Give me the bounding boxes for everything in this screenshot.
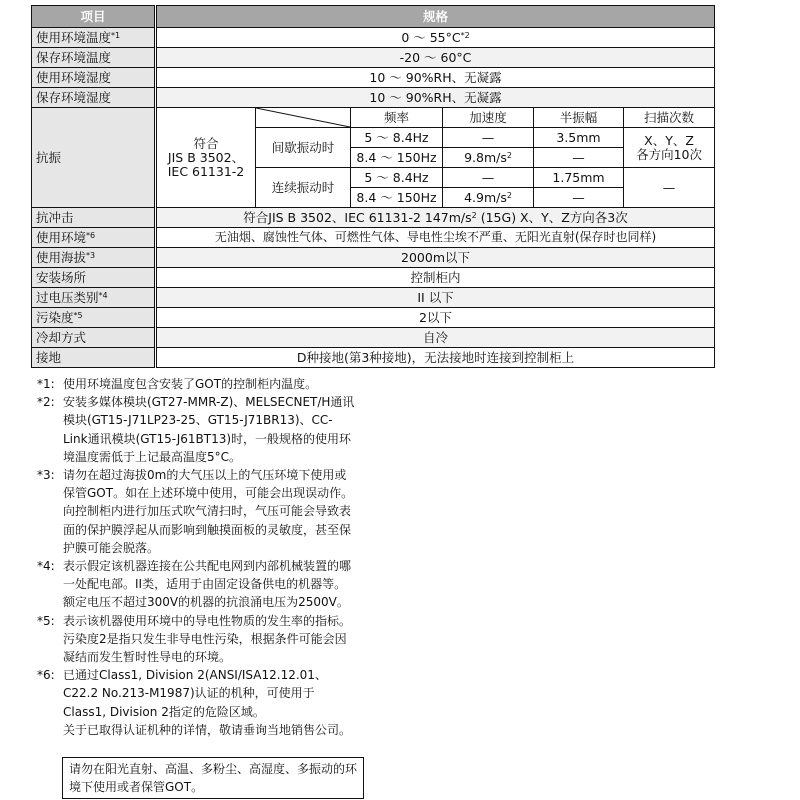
footnote-text: 表示假定该机器连接在公共配电网到内部机械装置的哪一处配电部。II类，适用于由固定… (63, 557, 357, 612)
row-label: 污染度*5 (32, 308, 156, 328)
accel-value: — (443, 128, 534, 148)
footnote: *3: 请勿在超过海拔0m的大气压以上的气压环境下使用或保管GOT。如在上述环境… (37, 466, 357, 557)
table-row: 过电压类别*4 II 以下 (32, 288, 715, 308)
row-value: II 以下 (156, 288, 715, 308)
footnotes: *1: 使用环境温度包含安装了GOT的控制柜内温度。 *2: 安装多媒体模块(G… (37, 375, 357, 739)
freq-value: 8.4 ～ 150Hz (351, 188, 443, 208)
row-label: 使用环境湿度 (32, 68, 156, 88)
diagonal-line-icon (256, 108, 350, 127)
sweep-value: X、Y、Z 各方向10次 (624, 128, 715, 168)
footnote-text: 请勿在超过海拔0m的大气压以上的气压环境下使用或保管GOT。如在上述环境中使用，… (63, 466, 357, 557)
footnote-mark: *5: (37, 612, 63, 667)
row-value: 0 ～ 55°C*2 (156, 28, 715, 48)
intermittent-label: 间歇振动时 (256, 128, 351, 168)
col-header-freq: 频率 (351, 108, 443, 128)
footnote-text: 表示该机器使用环境中的导电性物质的发生率的指标。污染度2是指只发生非导电性污染，… (63, 612, 357, 667)
header-spec: 规格 (156, 6, 715, 28)
row-value: 符合JIS B 3502、IEC 61131-2 147m/s2 (15G) X… (156, 208, 715, 228)
freq-value: 5 ～ 8.4Hz (351, 168, 443, 188)
footnote-mark: *1: (37, 375, 63, 393)
table-row: 使用环境*6 无油烟、腐蚀性气体、可燃性气体、导电性尘埃不严重、无阳光直射(保存… (32, 228, 715, 248)
table-row: 使用环境湿度 10 ～ 90%RH、无凝露 (32, 68, 715, 88)
accel-value: — (443, 168, 534, 188)
row-value: -20 ～ 60°C (156, 48, 715, 68)
row-value: 10 ～ 90%RH、无凝露 (156, 88, 715, 108)
footnote-mark: *6: (37, 666, 63, 739)
amplitude-value: — (534, 148, 624, 168)
row-label: 过电压类别*4 (32, 288, 156, 308)
freq-value: 8.4 ～ 150Hz (351, 148, 443, 168)
table-row: 使用环境温度*1 0 ～ 55°C*2 (32, 28, 715, 48)
footnote-mark: *2: (37, 393, 63, 466)
table-row: 保存环境温度 -20 ～ 60°C (32, 48, 715, 68)
caution-box: 请勿在阳光直射、高温、多粉尘、高湿度、多振动的环境下使用或者保管GOT。 (62, 757, 364, 799)
row-label: 使用海拔*3 (32, 248, 156, 268)
header-item: 项目 (32, 6, 156, 28)
row-label-vibration: 抗振 (32, 108, 156, 208)
footnote: *6: 已通过Class1, Division 2(ANSI/ISA12.12.… (37, 666, 357, 739)
footnote: *5: 表示该机器使用环境中的导电性物质的发生率的指标。污染度2是指只发生非导电… (37, 612, 357, 667)
table-row: 使用海拔*3 2000m以下 (32, 248, 715, 268)
row-value: D种接地(第3种接地)，无法接地时连接到控制柜上 (156, 348, 715, 368)
footnote-mark: *4: (37, 557, 63, 612)
table-row: 污染度*5 2以下 (32, 308, 715, 328)
table-row: 安装场所 控制柜内 (32, 268, 715, 288)
table-header-row: 项目 规格 (32, 6, 715, 28)
diagonal-cell (256, 108, 351, 128)
row-value: 无油烟、腐蚀性气体、可燃性气体、导电性尘埃不严重、无阳光直射(保存时也同样) (156, 228, 715, 248)
col-header-accel: 加速度 (443, 108, 534, 128)
table-row: 接地 D种接地(第3种接地)，无法接地时连接到控制柜上 (32, 348, 715, 368)
accel-value: 4.9m/s2 (443, 188, 534, 208)
row-label: 使用环境温度*1 (32, 28, 156, 48)
footnote-text-extra: 关于已取得认证机种的详情，敬请垂询当地销售公司。 (63, 723, 351, 737)
amplitude-value: 1.75mm (534, 168, 624, 188)
amplitude-value: — (534, 188, 624, 208)
table-row: 冷却方式 自冷 (32, 328, 715, 348)
vibration-header-row: 抗振 符合 JIS B 3502、 IEC 61131-2 频率 加速度 半振幅… (32, 108, 715, 128)
footnote-text: 已通过Class1, Division 2(ANSI/ISA12.12.01、C… (63, 668, 327, 718)
vibration-conform: 符合 JIS B 3502、 IEC 61131-2 (156, 108, 256, 208)
footnote-mark: *3: (37, 466, 63, 557)
row-label: 接地 (32, 348, 156, 368)
row-value: 10 ～ 90%RH、无凝露 (156, 68, 715, 88)
col-header-amplitude: 半振幅 (534, 108, 624, 128)
row-label: 冷却方式 (32, 328, 156, 348)
sweep-value: — (624, 168, 715, 208)
footnote: *1: 使用环境温度包含安装了GOT的控制柜内温度。 (37, 375, 357, 393)
col-header-sweep: 扫描次数 (624, 108, 715, 128)
table-row: 保存环境湿度 10 ～ 90%RH、无凝露 (32, 88, 715, 108)
row-value: 2以下 (156, 308, 715, 328)
general-spec-table: 项目 规格 使用环境温度*1 0 ～ 55°C*2 保存环境温度 -20 ～ 6… (31, 5, 715, 368)
footnote: *2: 安装多媒体模块(GT27-MMR-Z)、MELSECNET/H通讯模块(… (37, 393, 357, 466)
row-label: 保存环境温度 (32, 48, 156, 68)
footnote-text: 使用环境温度包含安装了GOT的控制柜内温度。 (63, 375, 357, 393)
freq-value: 5 ～ 8.4Hz (351, 128, 443, 148)
footnote-text: 安装多媒体模块(GT27-MMR-Z)、MELSECNET/H通讯模块(GT15… (63, 393, 357, 466)
amplitude-value: 3.5mm (534, 128, 624, 148)
row-value: 控制柜内 (156, 268, 715, 288)
accel-value: 9.8m/s2 (443, 148, 534, 168)
row-label: 抗冲击 (32, 208, 156, 228)
row-value: 自冷 (156, 328, 715, 348)
row-label: 安装场所 (32, 268, 156, 288)
footnote: *4: 表示假定该机器连接在公共配电网到内部机械装置的哪一处配电部。II类，适用… (37, 557, 357, 612)
row-label: 使用环境*6 (32, 228, 156, 248)
row-label: 保存环境湿度 (32, 88, 156, 108)
continuous-label: 连续振动时 (256, 168, 351, 208)
table-row: 抗冲击 符合JIS B 3502、IEC 61131-2 147m/s2 (15… (32, 208, 715, 228)
row-value: 2000m以下 (156, 248, 715, 268)
